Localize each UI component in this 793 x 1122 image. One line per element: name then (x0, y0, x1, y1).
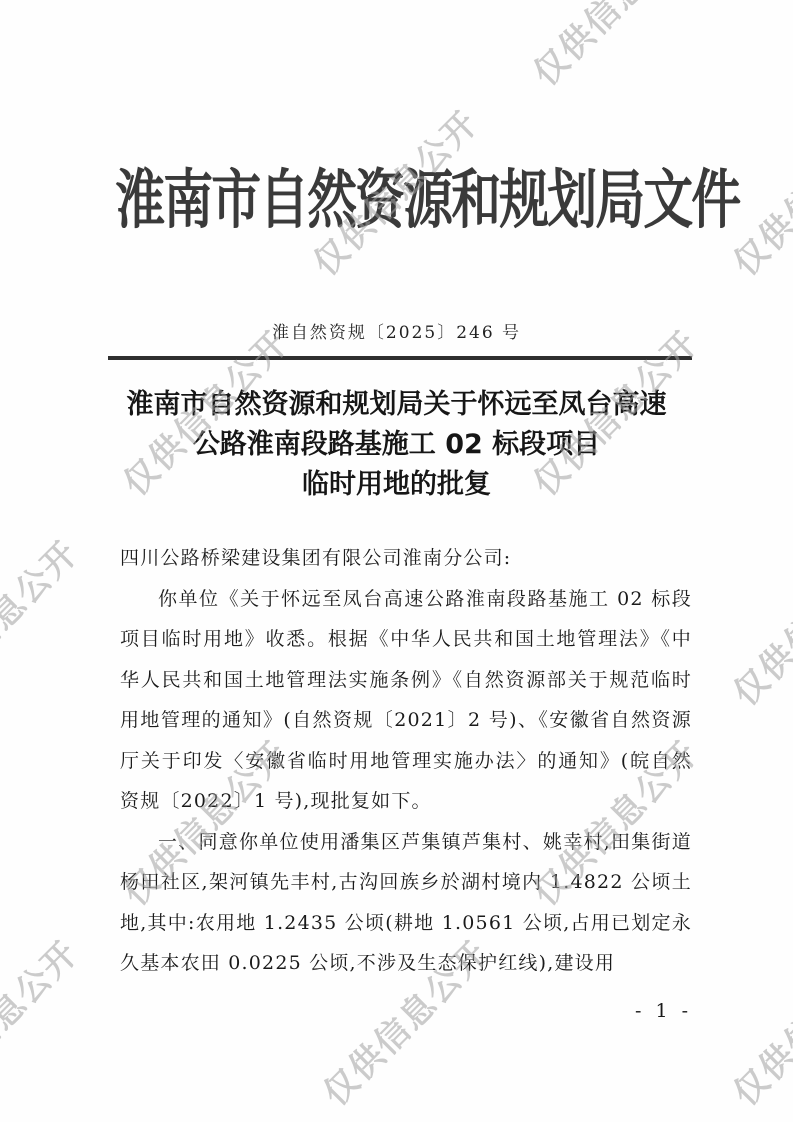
masthead-char: 文 (643, 151, 680, 251)
title-line: 公路淮南段路基施工 02 标段项目 (0, 425, 793, 465)
masthead-char: 件 (691, 151, 728, 251)
title-line: 临时用地的批复 (0, 465, 793, 505)
masthead-char: 和 (451, 151, 488, 251)
watermark-text: 仅供信息公开 (520, 0, 707, 95)
masthead-char: 淮 (115, 151, 152, 251)
masthead-char: 然 (307, 151, 344, 251)
body-paragraph: 你单位《关于怀远至凤台高速公路淮南段路基施工 02 标段项目临时用地》收悉。根据… (120, 579, 692, 822)
watermark-text: 仅供信息公开 (0, 927, 87, 1114)
title-line: 淮南市自然资源和规划局关于怀远至凤台高速 (0, 385, 793, 425)
watermark-text: 仅供信息公开 (0, 527, 87, 714)
masthead-char: 南 (163, 151, 200, 251)
page-number: - 1 - (635, 1000, 692, 1022)
masthead-char: 自 (259, 151, 296, 251)
masthead-title: 淮 南 市 自 然 资 源 和 规 划 局 文 件 (110, 148, 690, 253)
body-paragraph: 一、同意你单位使用潘集区芦集镇芦集村、姚幸村,田集街道杨田社区,架河镇先丰村,古… (120, 822, 692, 984)
masthead-char: 规 (499, 151, 536, 251)
addressee: 四川公路桥梁建设集团有限公司淮南分公司: (120, 538, 692, 579)
watermark-text: 仅供信息公开 (720, 927, 793, 1114)
masthead-char: 局 (595, 151, 632, 251)
header-divider (108, 356, 692, 360)
masthead-char: 市 (211, 151, 248, 251)
document-page: 淮 南 市 自 然 资 源 和 规 划 局 文 件 淮自然资规〔2025〕246… (0, 0, 793, 1122)
document-number: 淮自然资规〔2025〕246 号 (0, 318, 793, 343)
document-title: 淮南市自然资源和规划局关于怀远至凤台高速 公路淮南段路基施工 02 标段项目 临… (0, 385, 793, 505)
watermark-text: 仅供信息公开 (720, 527, 793, 714)
masthead-char: 划 (547, 151, 584, 251)
document-body: 四川公路桥梁建设集团有限公司淮南分公司: 你单位《关于怀远至凤台高速公路淮南段路… (120, 538, 692, 984)
masthead-char: 源 (403, 151, 440, 251)
masthead-char: 资 (355, 151, 392, 251)
